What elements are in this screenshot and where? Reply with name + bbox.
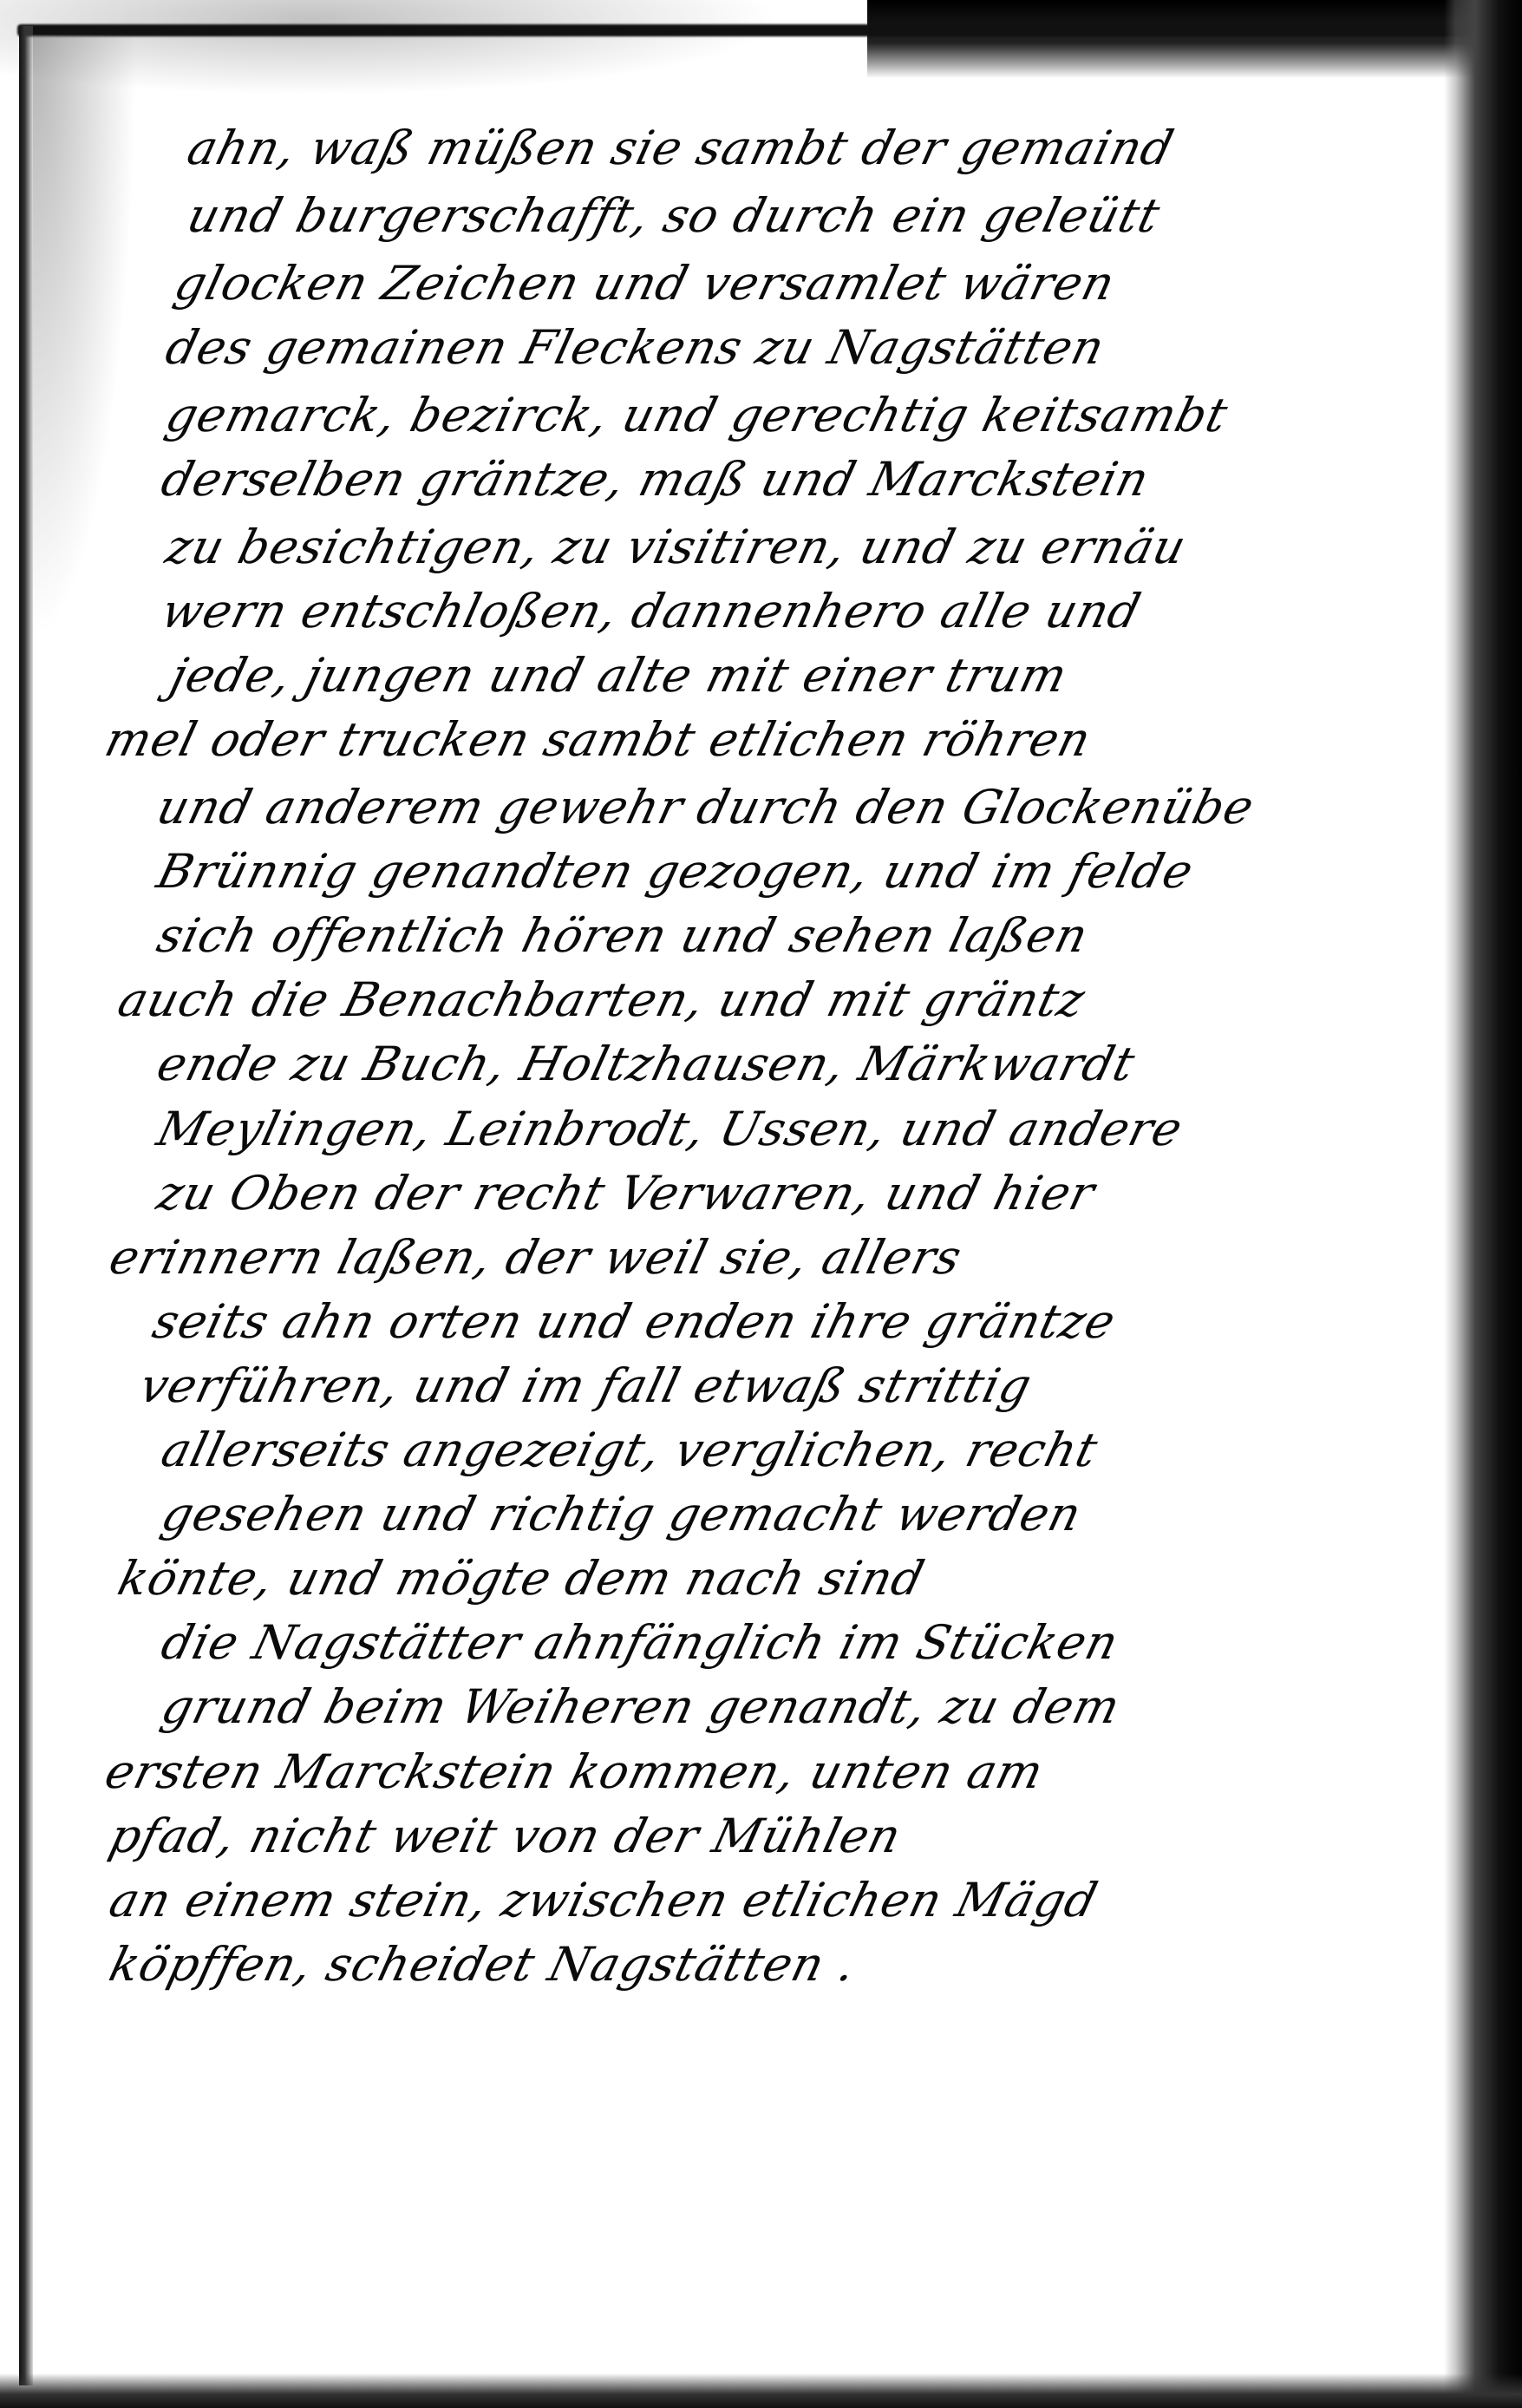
scan-shadow-left <box>33 35 137 642</box>
manuscript-line: köpffen, scheidet Nagstätten . <box>104 1937 1522 1992</box>
manuscript-line: grund beim Weiheren genandt, zu dem <box>156 1679 1522 1734</box>
manuscript-line: jede, jungen und alte mit einer trum <box>165 648 1522 703</box>
page-edge-bottom <box>0 2373 1522 2408</box>
manuscript-line: mel oder trucken sambt etlichen röhren <box>100 712 1522 767</box>
page-edge-left <box>19 26 33 2385</box>
manuscript-line: glocken Zeichen und versamlet wären <box>169 256 1522 311</box>
manuscript-line: derselben gräntze, maß und Marckstein <box>156 452 1522 507</box>
manuscript-line: gesehen und richtig gemacht werden <box>156 1487 1522 1541</box>
manuscript-line: zu besichtigen, zu visitiren, und zu ern… <box>160 520 1522 574</box>
scan-stain-top-right <box>867 0 1522 78</box>
manuscript-line: ersten Marckstein kommen, unten am <box>100 1744 1522 1799</box>
manuscript-line: sich offentlich hören und sehen laßen <box>152 908 1522 963</box>
manuscript-page: ahn, waß müßen sie sambt der gemaindund … <box>0 0 1522 2408</box>
manuscript-line: wern entschloßen, dannenhero alle und <box>156 584 1522 638</box>
manuscript-line: ahn, waß müßen sie sambt der gemaind <box>182 121 1522 175</box>
manuscript-line: seits ahn orten und enden ihre gräntze <box>147 1294 1522 1349</box>
manuscript-line: auch die Benachbarten, und mit gräntz <box>113 972 1522 1027</box>
manuscript-line: pfad, nicht weit von der Mühlen <box>104 1809 1522 1863</box>
manuscript-line: ende zu Buch, Holtzhausen, Märkwardt <box>152 1037 1522 1091</box>
manuscript-line: an einem stein, zwischen etlichen Mägd <box>104 1873 1522 1927</box>
manuscript-line: allerseits angezeigt, verglichen, recht <box>156 1423 1522 1477</box>
manuscript-line: zu Oben der recht Verwaren, und hier <box>152 1166 1522 1220</box>
manuscript-line: verführen, und im fall etwaß strittig <box>134 1358 1522 1413</box>
manuscript-line: erinnern laßen, der weil sie, allers <box>104 1230 1522 1285</box>
manuscript-line: Brünnig genandten gezogen, und im felde <box>152 844 1522 899</box>
manuscript-line: gemarck, bezirck, und gerechtig keitsamb… <box>160 388 1522 442</box>
manuscript-line: könte, und mögte dem nach sind <box>113 1551 1522 1606</box>
manuscript-line: und burgerschafft, so durch ein geleütt <box>182 188 1522 243</box>
page-edge-top <box>17 24 1492 36</box>
manuscript-line: des gemainen Fleckens zu Nagstätten <box>160 320 1522 375</box>
manuscript-line: Meylingen, Leinbrodt, Ussen, und andere <box>152 1102 1522 1156</box>
manuscript-line: die Nagstätter ahnfänglich im Stücken <box>156 1615 1522 1670</box>
manuscript-line: und anderem gewehr durch den Glockenübe <box>152 780 1522 834</box>
